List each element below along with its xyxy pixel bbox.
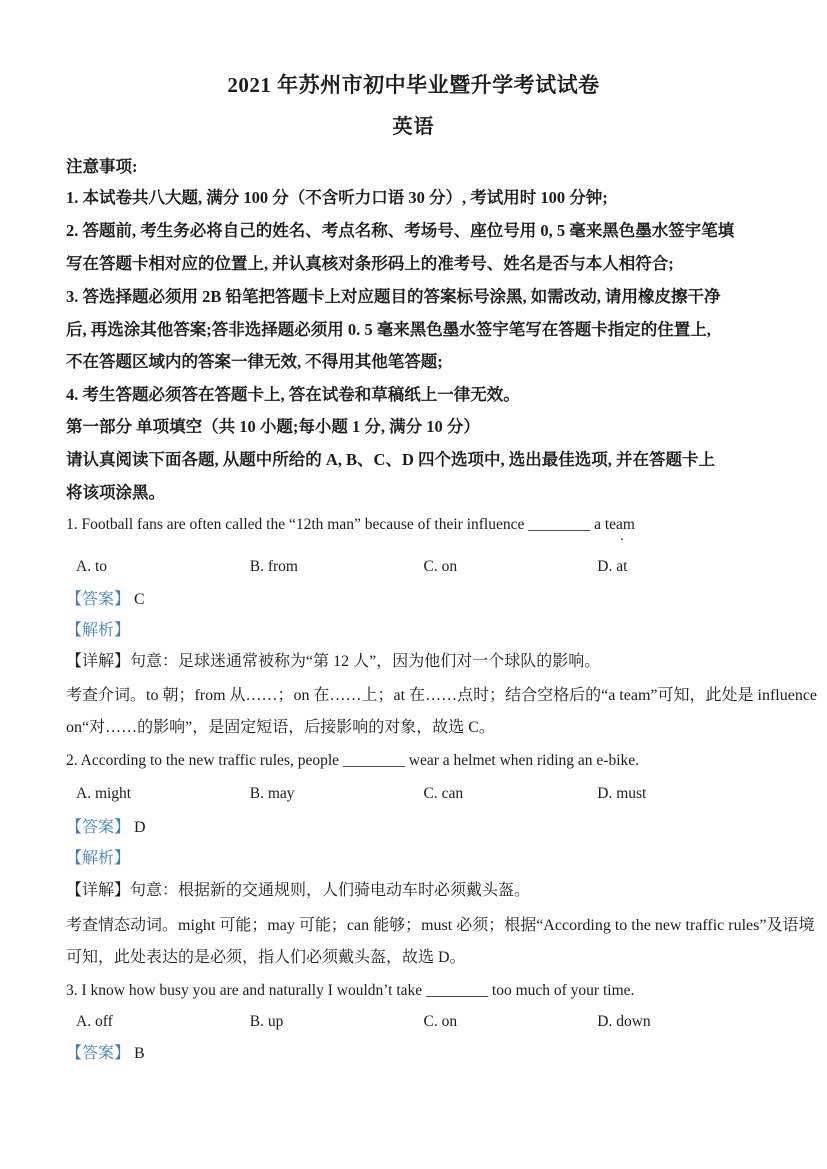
section-instruction-line: 将该项涂黑。	[66, 483, 761, 504]
explanation-line: on“对……的影响”，是固定短语，后接影响的对象，故选 C。	[66, 718, 761, 738]
explanation-line: 【详解】句意：足球迷通常被称为“第 12 人”，因为他们对一个球队的影响。	[66, 652, 761, 672]
explanation-line: 考查介词。to 朝；from 从……；on 在……上；at 在……点时；结合空格…	[66, 686, 761, 706]
notice-line: 3. 答选择题必须用 2B 铅笔把答题卡上对应题目的答案标号涂黑, 如需改动, …	[66, 287, 761, 308]
explanation-line: 可知，此处表达的是必须，指人们必须戴头盔，故选 D。	[66, 948, 761, 968]
question-stem: 3. I know how busy you are and naturally…	[66, 981, 761, 1000]
section-instruction-line: 请认真阅读下面各题, 从题中所给的 A, B、C、D 四个选项中, 选出最佳选项…	[66, 450, 761, 471]
section-heading: 第一部分 单项填空（共 10 小题;每小题 1 分, 满分 10 分）	[66, 417, 761, 438]
option-d: D. down	[587, 1012, 761, 1031]
answer-label: 【答案】	[66, 1045, 130, 1062]
explanation-line: 考查情态动词。might 可能；may 可能；can 能够；must 必须；根据…	[66, 916, 761, 936]
option-b: B. up	[240, 1012, 414, 1031]
option-d: D. at	[587, 557, 761, 576]
answer-line: 【答案】D	[66, 818, 761, 838]
exam-document-page: 2021 年苏州市初中毕业暨升学考试试卷 英语 注意事项: 1. 本试卷共八大题…	[0, 0, 827, 1169]
answer-line: 【答案】C	[66, 590, 761, 610]
analysis-line: 【解析】	[66, 849, 761, 869]
analysis-label: 【解析】	[66, 850, 130, 867]
option-a: A. might	[66, 784, 240, 803]
option-b: B. from	[240, 557, 414, 576]
options-row: A. to B. from C. on D. at	[66, 557, 761, 576]
option-c: C. on	[414, 557, 588, 576]
option-c: C. can	[414, 784, 588, 803]
answer-value: D	[130, 819, 146, 836]
notice-line: 后, 再选涂其他答案;答非选择题必须用 0. 5 毫来黑色墨水签宇笔写在答题卡指…	[66, 320, 761, 341]
explanation-line: 【详解】句意：根据新的交通规则，人们骑电动车时必须戴头盔。	[66, 881, 761, 901]
answer-value: B	[130, 1045, 145, 1062]
answer-value: C	[130, 591, 145, 608]
options-row: A. might B. may C. can D. must	[66, 784, 761, 803]
answer-line: 【答案】B	[66, 1044, 761, 1064]
notices-heading: 注意事项:	[66, 157, 761, 178]
option-d: D. must	[587, 784, 761, 803]
notice-line: 1. 本试卷共八大题, 满分 100 分（不含听力口语 30 分）, 考试用时 …	[66, 188, 761, 209]
answer-label: 【答案】	[66, 819, 130, 836]
option-b: B. may	[240, 784, 414, 803]
subject-title: 英语	[0, 115, 827, 140]
notice-line: 写在答题卡相对应的位置上, 并认真核对条形码上的准考号、姓名是否与本人相符合;	[66, 254, 761, 275]
page-title: 2021 年苏州市初中毕业暨升学考试试卷	[0, 72, 827, 98]
option-a: A. to	[66, 557, 240, 576]
question-stem: 2. According to the new traffic rules, p…	[66, 751, 761, 770]
question-wrapped-period: .	[620, 528, 624, 545]
analysis-label: 【解析】	[66, 622, 130, 639]
notice-line: 2. 答题前, 考生务必将自己的姓名、考点名称、考场号、座位号用 0, 5 毫来…	[66, 221, 761, 242]
notice-line: 不在答题区域内的答案一律无效, 不得用其他笔答题;	[66, 352, 761, 373]
option-c: C. on	[414, 1012, 588, 1031]
notice-line: 4. 考生答题必须答在答题卡上, 答在试卷和草稿纸上一律无效。	[66, 385, 761, 406]
option-a: A. off	[66, 1012, 240, 1031]
options-row: A. off B. up C. on D. down	[66, 1012, 761, 1031]
answer-label: 【答案】	[66, 591, 130, 608]
question-stem: 1. Football fans are often called the “1…	[66, 515, 761, 534]
analysis-line: 【解析】	[66, 621, 761, 641]
